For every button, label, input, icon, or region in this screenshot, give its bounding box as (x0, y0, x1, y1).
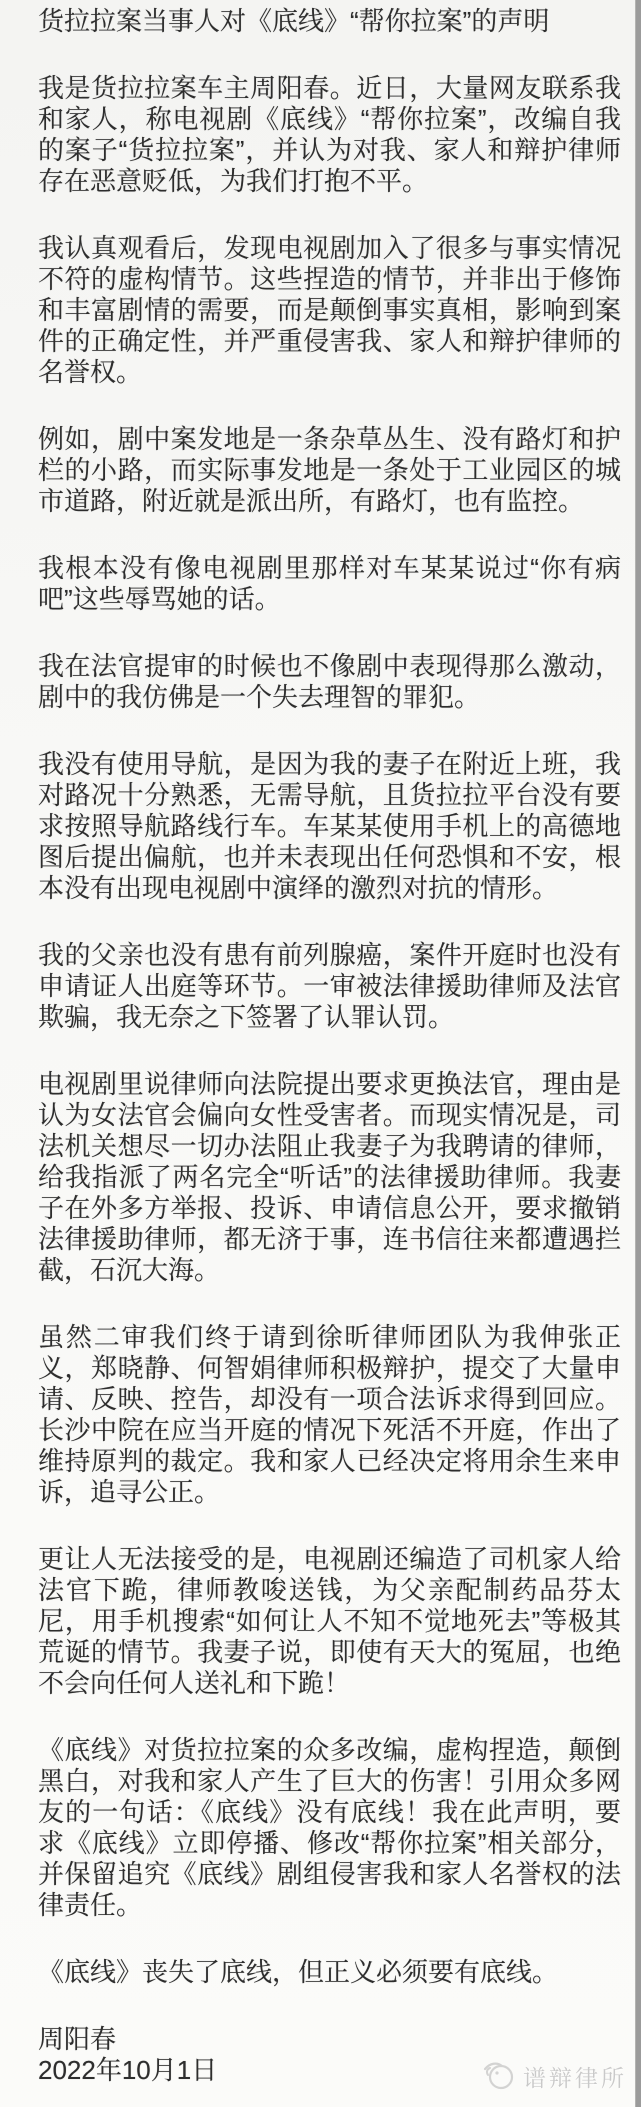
statement-closing-line: 《底线》丧失了底线，但正义必须要有底线。 (38, 1957, 621, 1988)
statement-paragraph: 我根本没有像电视剧里那样对车某某说过“你有病吧”这些辱骂她的话。 (38, 553, 621, 615)
statement-paragraph: 我认真观看后，发现电视剧加入了很多与事实情况不符的虚构情节。这些捏造的情节，并非… (38, 233, 621, 388)
watermark: 谱辩律所 (482, 2059, 627, 2093)
statement-paragraph: 虽然二审我们终于请到徐昕律师团队为我伸张正义，郑晓静、何智娟律师积极辩护，提交了… (38, 1322, 621, 1508)
statement-title: 货拉拉案当事人对《底线》“帮你拉案”的声明 (38, 6, 621, 37)
statement-paragraph: 我在法官提审的时候也不像剧中表现得那么激动，剧中的我仿佛是一个失去理智的罪犯。 (38, 651, 621, 713)
law-firm-logo-icon (482, 2059, 516, 2093)
statement-paragraph: 我是货拉拉案车主周阳春。近日，大量网友联系我和家人，称电视剧《底线》“帮你拉案”… (38, 73, 621, 197)
statement-paragraph: 例如，剧中案发地是一条杂草丛生、没有路灯和护栏的小路，而实际事发地是一条处于工业… (38, 424, 621, 517)
statement-page: 货拉拉案当事人对《底线》“帮你拉案”的声明 我是货拉拉案车主周阳春。近日，大量网… (0, 0, 641, 2107)
statement-paragraph: 《底线》对货拉拉案的众多改编，虚构捏造，颠倒黑白，对我和家人产生了巨大的伤害！引… (38, 1735, 621, 1921)
statement-paragraph: 我的父亲也没有患有前列腺癌，案件开庭时也没有申请证人出庭等环节。一审被法律援助律… (38, 940, 621, 1033)
statement-paragraph: 我没有使用导航，是因为我的妻子在附近上班，我对路况十分熟悉，无需导航，且货拉拉平… (38, 749, 621, 904)
statement-body: 货拉拉案当事人对《底线》“帮你拉案”的声明 我是货拉拉案车主周阳春。近日，大量网… (0, 0, 641, 2086)
statement-paragraph: 更让人无法接受的是，电视剧还编造了司机家人给法官下跪，律师教唆送钱，为父亲配制药… (38, 1544, 621, 1699)
statement-paragraph: 电视剧里说律师向法院提出要求更换法官，理由是认为女法官会偏向女性受害者。而现实情… (38, 1069, 621, 1286)
screen-edge-strip (635, 0, 641, 2107)
signature-name: 周阳春 (38, 2024, 621, 2055)
watermark-label: 谱辩律所 (523, 2060, 627, 2093)
